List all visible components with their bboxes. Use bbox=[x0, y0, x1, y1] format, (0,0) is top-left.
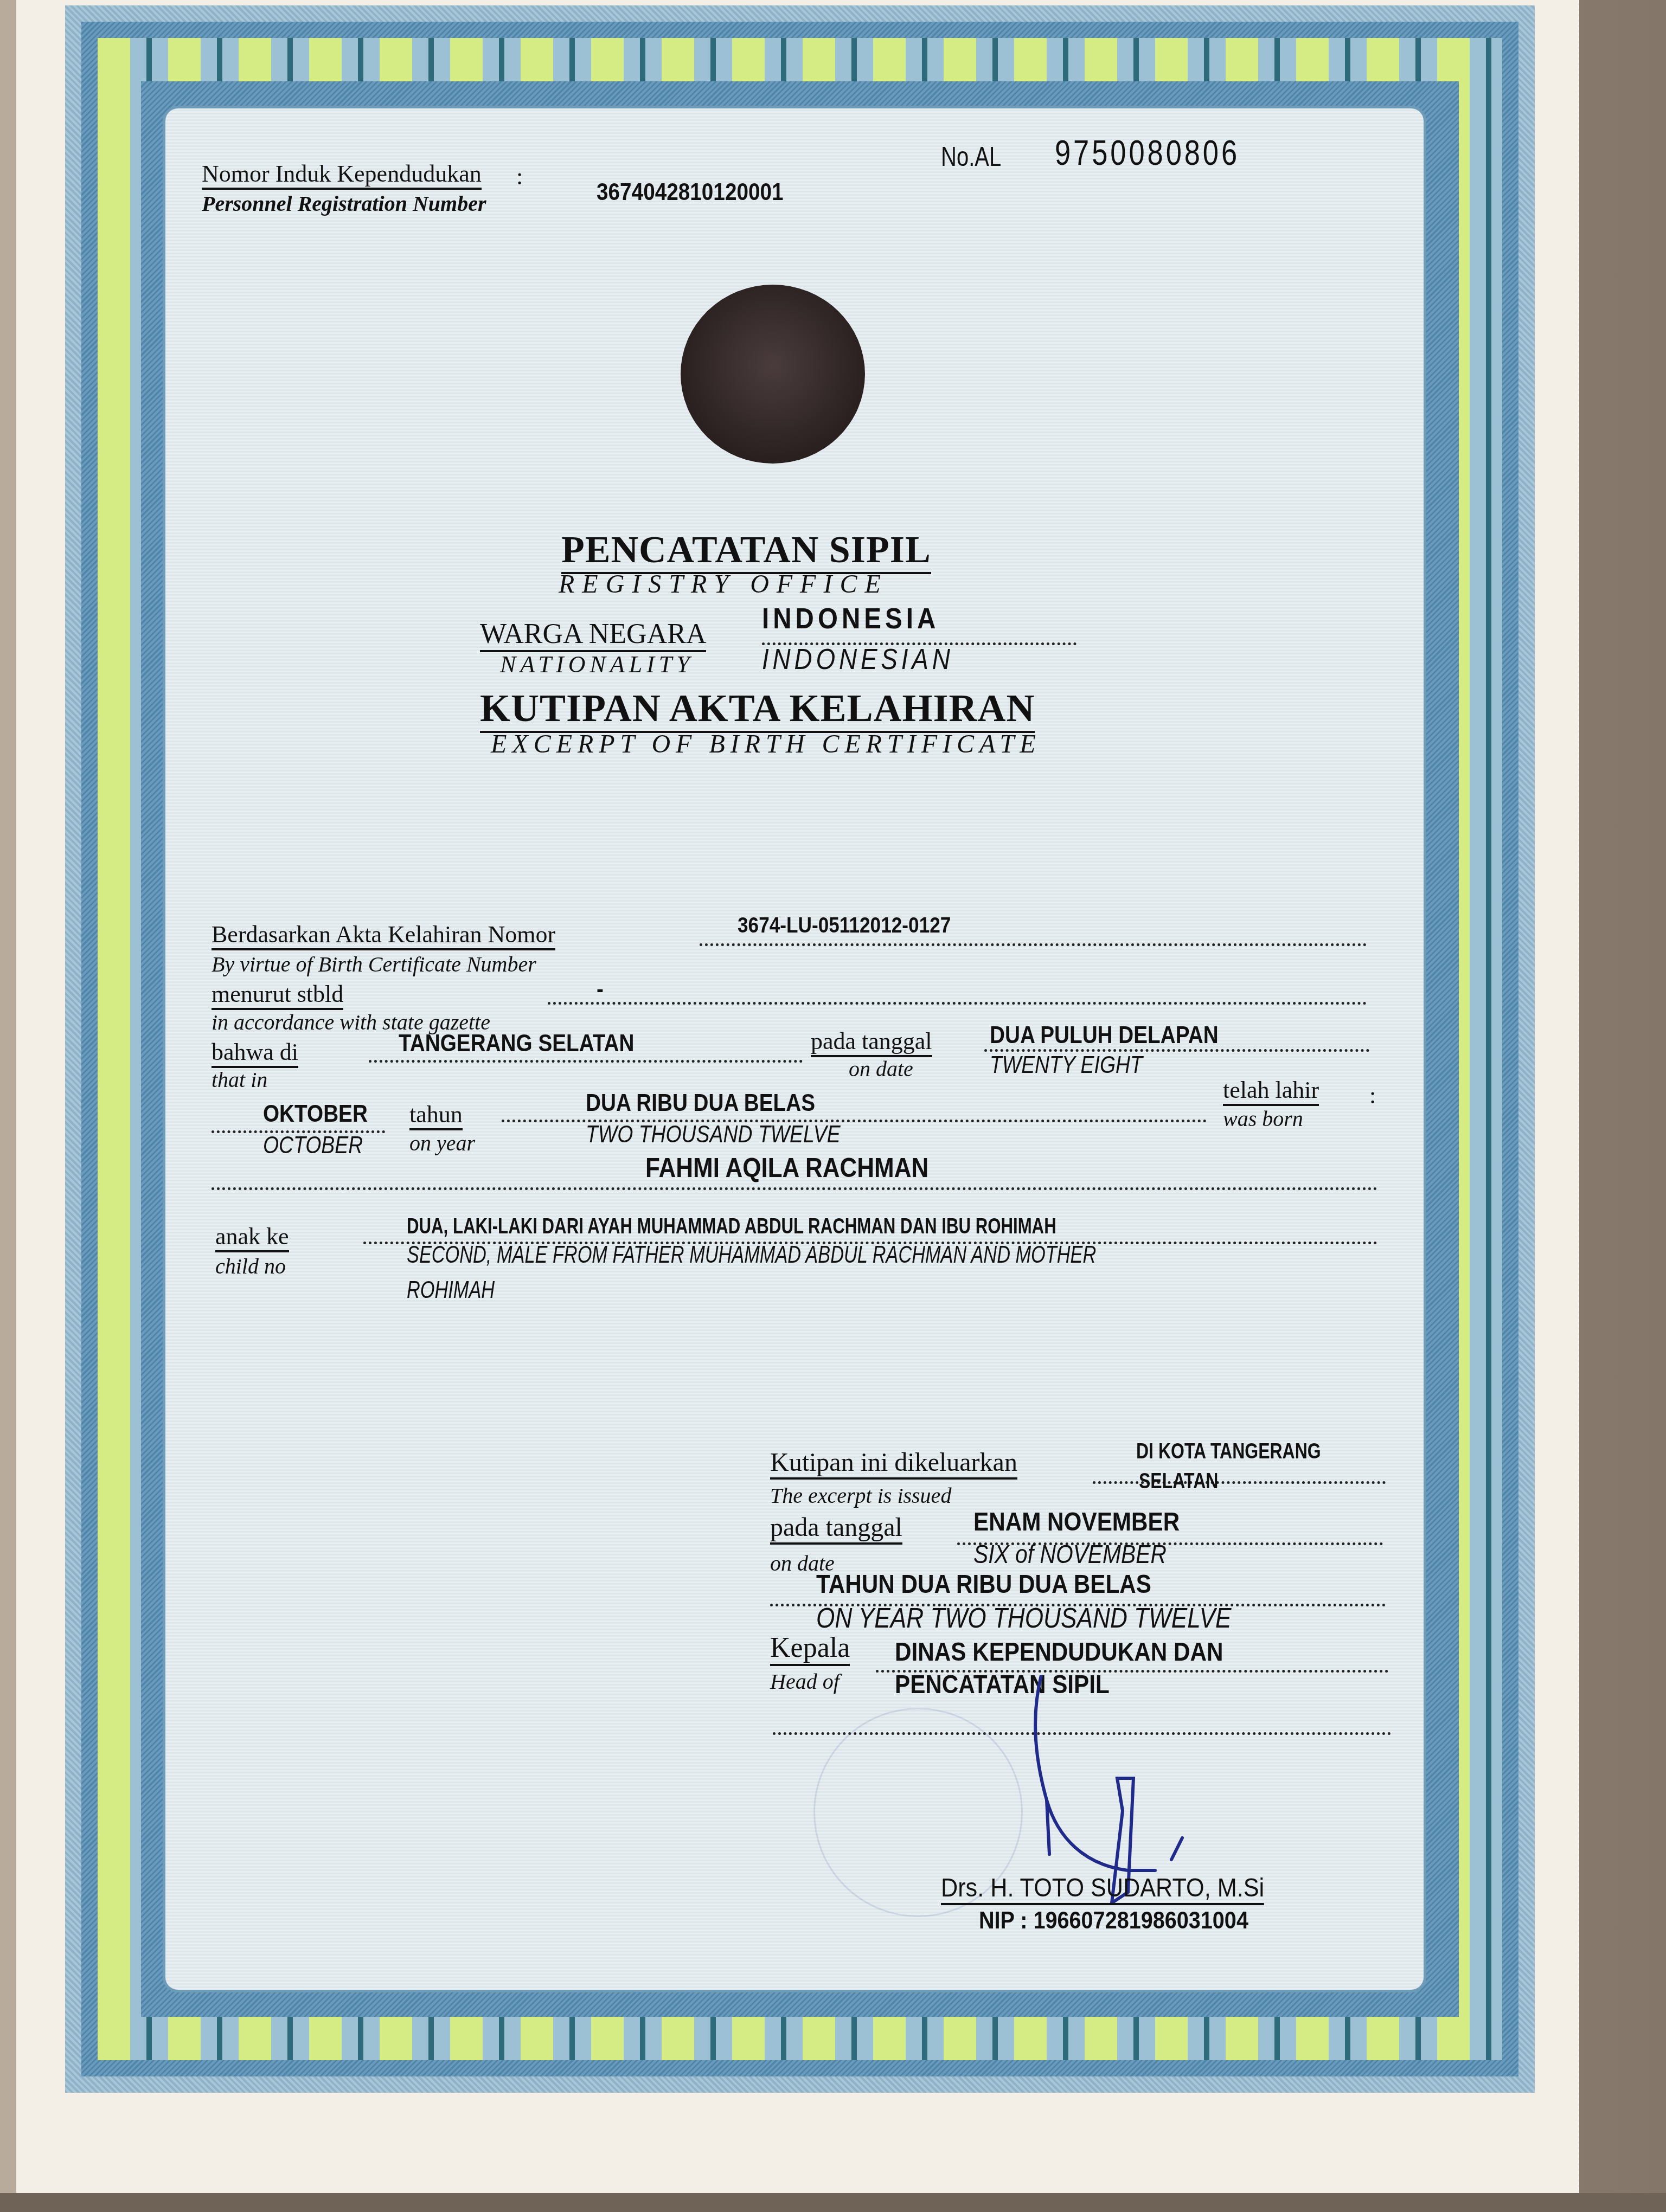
year-label-en: on year bbox=[409, 1130, 475, 1156]
issue-date-label-id: pada tanggal bbox=[770, 1513, 902, 1545]
child-no-value-en-line1: SECOND, MALE FROM FATHER MUHAMMAD ABDUL … bbox=[407, 1242, 1096, 1269]
date-label-id: pada tanggal bbox=[811, 1027, 932, 1057]
wood-background-bottom bbox=[0, 2193, 1666, 2212]
nationality-label-en: NATIONALITY bbox=[500, 651, 694, 678]
nik-label-id: Nomor Induk Kependudukan bbox=[202, 160, 482, 190]
dotted-line bbox=[369, 1060, 803, 1063]
child-no-label-id: anak ke bbox=[215, 1223, 289, 1252]
wood-background bbox=[0, 0, 16, 2212]
nik-label-en: Personnel Registration Number bbox=[202, 191, 486, 216]
garuda-seal-icon bbox=[681, 285, 865, 464]
nationality-label-id: WARGA NEGARA bbox=[480, 618, 706, 652]
cert-number-label-id: Berdasarkan Akta Kelahiran Nomor bbox=[212, 921, 555, 950]
child-no-value-id: DUA, LAKI-LAKI DARI AYAH MUHAMMAD ABDUL … bbox=[407, 1214, 1056, 1239]
stbld-value: - bbox=[597, 976, 604, 1003]
head-label-en: Head of bbox=[770, 1669, 840, 1694]
issued-place-line2: SELATAN bbox=[1139, 1469, 1218, 1494]
date-value-id: DUA PULUH DELAPAN bbox=[990, 1022, 1219, 1049]
nationality-value-id: INDONESIA bbox=[762, 602, 939, 635]
nationality-value-en: INDONESIAN bbox=[762, 642, 954, 676]
year-label-id: tahun bbox=[409, 1101, 463, 1130]
issued-label-en: The excerpt is issued bbox=[770, 1483, 951, 1508]
child-name-value: FAHMI AQILA RACHMAN bbox=[645, 1152, 928, 1184]
stbld-label-id: menurut stbld bbox=[212, 980, 343, 1010]
date-value-en: TWENTY EIGHT bbox=[990, 1052, 1143, 1079]
dotted-line bbox=[700, 943, 1367, 946]
colon: : bbox=[516, 163, 523, 190]
document-title-en: EXCERPT OF BIRTH CERTIFICATE bbox=[491, 729, 1041, 759]
year-value-en: TWO THOUSAND TWELVE bbox=[586, 1121, 841, 1148]
date-label-en: on date bbox=[849, 1056, 913, 1082]
place-label-en: that in bbox=[212, 1067, 267, 1092]
colon: : bbox=[1369, 1082, 1376, 1109]
head-value-line1: DINAS KEPENDUDUKAN DAN bbox=[895, 1637, 1223, 1667]
place-label-id: bahwa di bbox=[212, 1038, 298, 1068]
serial-prefix: No.AL bbox=[941, 141, 1001, 172]
year-value-id: DUA RIBU DUA BELAS bbox=[586, 1090, 815, 1117]
dotted-line bbox=[1093, 1481, 1386, 1484]
cert-number-value: 3674-LU-05112012-0127 bbox=[738, 914, 951, 938]
document-title-id: KUTIPAN AKTA KELAHIRAN bbox=[480, 686, 1035, 733]
issued-place-line1: DI KOTA TANGERANG bbox=[1136, 1439, 1321, 1464]
month-value-en: OCTOBER bbox=[263, 1132, 363, 1159]
born-label-id: telah lahir bbox=[1223, 1076, 1319, 1106]
issue-date-value-id: ENAM NOVEMBER bbox=[973, 1507, 1180, 1537]
issued-label-id: Kutipan ini dikeluarkan bbox=[770, 1448, 1017, 1480]
month-value-id: OKTOBER bbox=[263, 1101, 368, 1128]
child-no-label-en: child no bbox=[215, 1253, 286, 1279]
issue-date-value-en: SIX of NOVEMBER bbox=[973, 1540, 1167, 1570]
dotted-line bbox=[548, 1002, 1367, 1005]
serial-number: 9750080806 bbox=[1055, 133, 1240, 173]
born-label-en: was born bbox=[1223, 1106, 1303, 1131]
place-value: TANGERANG SELATAN bbox=[399, 1030, 635, 1057]
office-title-en: REGISTRY OFFICE bbox=[559, 569, 888, 599]
issue-year-value-en: ON YEAR TWO THOUSAND TWELVE bbox=[816, 1602, 1231, 1635]
issue-year-value-id: TAHUN DUA RIBU DUA BELAS bbox=[816, 1570, 1151, 1599]
official-nip: NIP : 196607281986031004 bbox=[979, 1907, 1248, 1934]
child-no-value-en-line2: ROHIMAH bbox=[407, 1277, 495, 1304]
signature-icon bbox=[1020, 1675, 1247, 1903]
dotted-line bbox=[212, 1187, 1377, 1190]
nik-value: 3674042810120001 bbox=[597, 179, 784, 206]
official-name: Drs. H. TOTO SUDARTO, M.Si bbox=[941, 1873, 1264, 1905]
office-title-id: PENCATATAN SIPIL bbox=[561, 529, 931, 574]
cert-number-label-en: By virtue of Birth Certificate Number bbox=[212, 951, 536, 977]
head-label-id: Kepala bbox=[770, 1632, 850, 1666]
